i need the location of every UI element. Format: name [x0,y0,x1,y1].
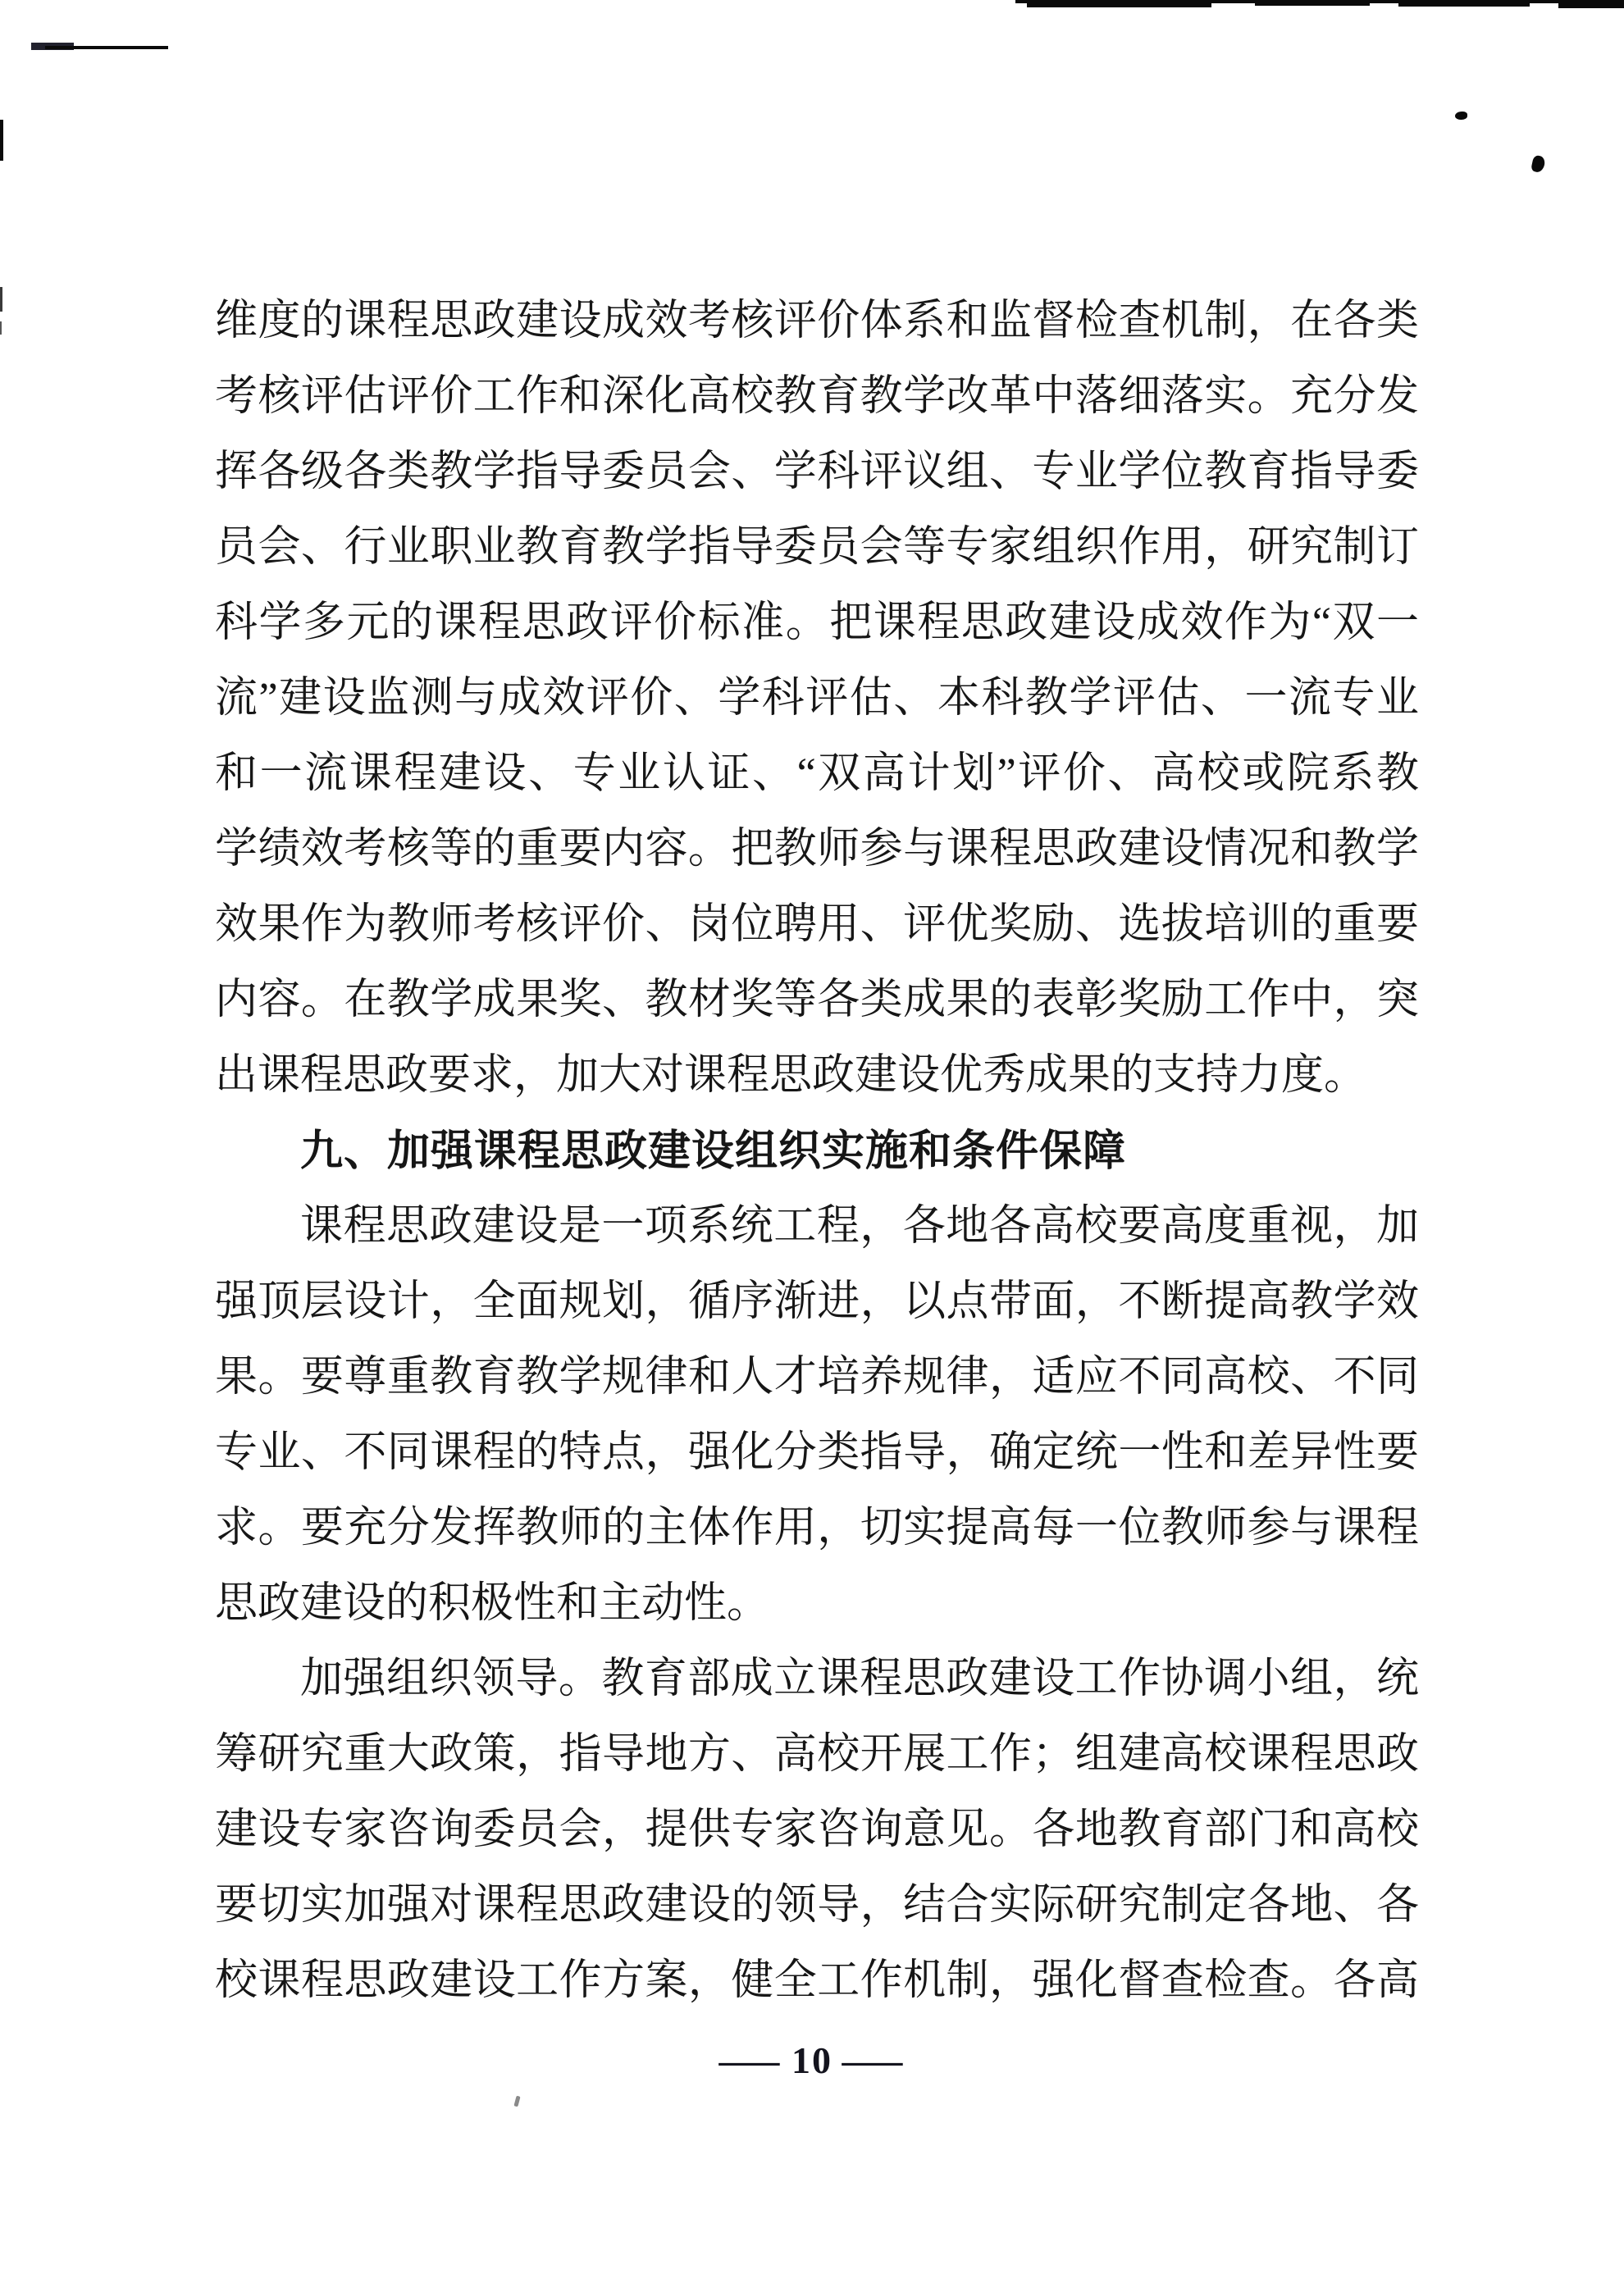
text-line: 内容。在教学成果奖、教材奖等各类成果的表彰奖励工作中，突 [215,963,1419,1038]
text-line: 课程思政建设是一项系统工程，各地各高校要高度重视，加 [215,1189,1419,1264]
scan-artifact-top-edge-band [1255,0,1370,6]
text-line: 出课程思政要求，加大对课程思政建设优秀成果的支持力度。 [215,1038,1419,1114]
scan-artifact-top-edge-band [1027,0,1211,7]
text-line: 果。要尊重教育教学规律和人才培养规律，适应不同高校、不同 [215,1340,1419,1415]
page-number-dash-left: — [719,2039,782,2082]
text-line: 流”建设监测与成效评价、学科评估、本科教学评估、一流专业 [215,661,1419,736]
text-line: 考核评估评价工作和深化高校教育教学改革中落细落实。充分发 [215,359,1419,435]
scan-artifact-top-edge-band [1558,0,1624,8]
scan-artifact-left-edge-tick [0,287,2,312]
scan-artifact-left-edge-line [0,120,3,161]
text-line: 筹研究重大政策，指导地方、高校开展工作；组建高校课程思政 [215,1717,1419,1793]
text-line: 思政建设的积极性和主动性。 [215,1566,1419,1642]
text-line: 和一流课程建设、专业认证、“双高计划”评价、高校或院系教 [215,736,1419,812]
document-page: 维度的课程思政建设成效考核评价体系和监督检查机制，在各类考核评估评价工作和深化高… [0,0,1624,2296]
text-line: 科学多元的课程思政评价标准。把课程思政建设成效作为“双一 [215,585,1419,661]
text-line: 建设专家咨询委员会，提供专家咨询意见。各地教育部门和高校 [215,1793,1419,1868]
text-line: 学绩效考核等的重要内容。把教师参与课程思政建设情况和教学 [215,812,1419,887]
page-number: —10— [0,2039,1624,2082]
scan-artifact-faint-mark [513,2096,520,2107]
text-line: 专业、不同课程的特点，强化分类指导，确定统一性和差异性要 [215,1415,1419,1491]
text-line: 加强组织领导。教育部成立课程思政建设工作协调小组，统 [215,1642,1419,1717]
text-line: 挥各级各类教学指导委员会、学科评议组、专业学位教育指导委 [215,435,1419,510]
section-heading: 九、加强课程思政建设组织实施和条件保障 [215,1114,1419,1189]
scan-artifact-left-edge-tick [0,321,2,335]
scan-artifact-top-edge-band [1398,0,1530,7]
text-line: 员会、行业职业教育教学指导委员会等专家组织作用，研究制订 [215,510,1419,585]
document-body: 维度的课程思政建设成效考核评价体系和监督检查机制，在各类考核评估评价工作和深化高… [215,284,1419,2019]
scan-artifact-margin-dash [45,46,168,49]
text-line: 强顶层设计，全面规划，循序渐进，以点带面，不断提高教学效 [215,1264,1419,1340]
page-number-value: 10 [791,2039,833,2081]
page-number-dash-right: — [842,2039,906,2082]
scan-artifact-ink-dot [1530,155,1546,174]
scan-artifact-ink-dot [1455,112,1467,120]
text-line: 效果作为教师考核评价、岗位聘用、评优奖励、选拔培训的重要 [215,887,1419,963]
text-line: 维度的课程思政建设成效考核评价体系和监督检查机制，在各类 [215,284,1419,359]
text-line: 求。要充分发挥教师的主体作用，切实提高每一位教师参与课程 [215,1491,1419,1566]
text-line: 校课程思政建设工作方案，健全工作机制，强化督查检查。各高 [215,1943,1419,2019]
text-line: 要切实加强对课程思政建设的领导，结合实际研究制定各地、各 [215,1868,1419,1943]
